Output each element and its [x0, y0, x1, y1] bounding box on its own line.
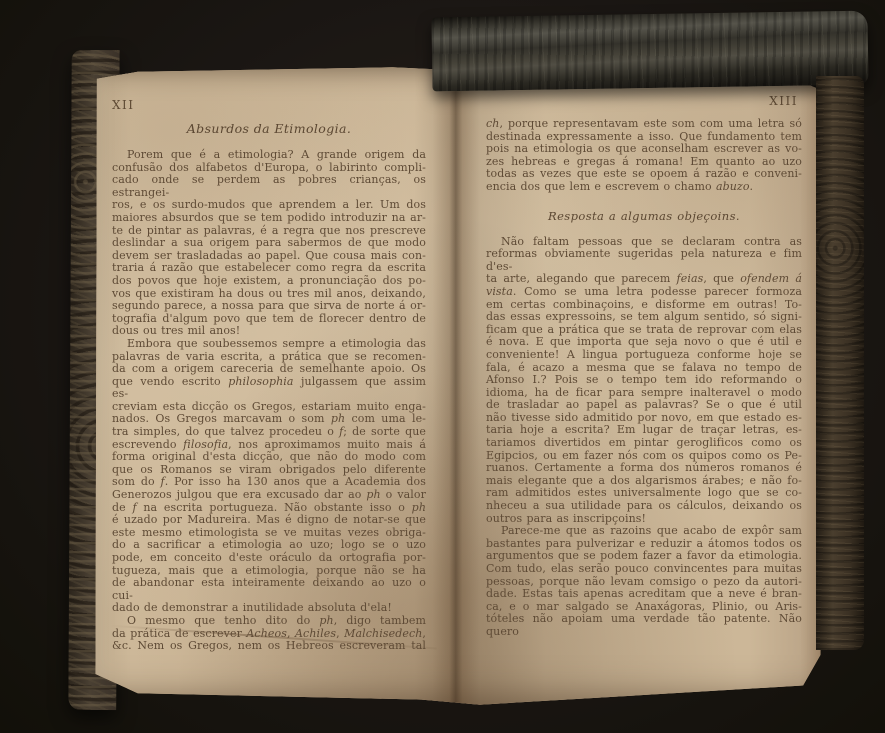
text-line: vista. Como se uma letra podesse parecer… [486, 286, 802, 299]
book-fore-edge [816, 76, 864, 650]
text-line: de abandonar esta inteiramente deixando … [112, 577, 426, 602]
left-page-body: Porem que é a etimologia? A grande orige… [112, 149, 426, 653]
right-page-number: XIII [486, 94, 802, 108]
right-page: XIII ch, porque representavam este som c… [486, 94, 802, 639]
text-line: encia dos que lem e escrevem o chamo abu… [486, 181, 802, 194]
text-line: Generozos julgou que era excusado dar ao… [112, 489, 426, 502]
right-page-body: ch, porque representavam este som com um… [486, 118, 802, 639]
text-line: maiores absurdos que se tem podido intro… [112, 212, 426, 225]
text-line: cado onde se perdem as pobres crianças, … [112, 174, 426, 199]
text-line: Porem que é a etimologia? A grande orige… [112, 149, 426, 162]
running-title: Absurdos da Etimologia. [112, 121, 426, 136]
text-line: nheceu a sua utilidade para os cálculos,… [486, 500, 802, 513]
text-line: forma original d'esta dicção, que não do… [112, 451, 426, 464]
text-line: ruanos. Certamente a forma dos números r… [486, 462, 802, 475]
text-line: Embora que soubessemos sempre a etimolog… [112, 338, 426, 351]
text-line: reformas obviamente sugeridas pela natur… [486, 248, 802, 273]
text-line: pode, em conceito d'este oráculo da orto… [112, 552, 426, 565]
text-line: Afonso I.? Pois se o tempo tem ido refor… [486, 374, 802, 387]
book-photo-scene: XII Absurdos da Etimologia. Porem que é … [0, 0, 885, 733]
text-line: deslindar a sua origem para sabermos de … [112, 237, 426, 250]
text-line: Parece-me que as razoins que acabo de ex… [486, 525, 802, 538]
text-line: tariamos divertidos em pintar geroglific… [486, 437, 802, 450]
text-line: tóteles não apoiam uma verdade tão paten… [486, 613, 802, 638]
text-line: segundo parece, a nossa para que sirva d… [112, 300, 426, 313]
open-book-spread: XII Absurdos da Etimologia. Porem que é … [94, 66, 822, 706]
text-line: que vendo escrito philosophia julgassem … [112, 376, 426, 401]
text-line: das essas expressoins, se tem algum sent… [486, 311, 802, 324]
text-line: de trasladar ao papel as palavras? Se o … [486, 399, 802, 412]
text-line: &c. Nem os Gregos, nem os Hebreos escrev… [112, 640, 426, 653]
text-line: dade. Estas tais apenas acreditam que a … [486, 588, 802, 601]
text-line: ch, porque representavam este som com um… [486, 118, 802, 131]
left-page-number: XII [112, 98, 426, 112]
text-line: dos povos que hoje existem, a pronunciaç… [112, 275, 426, 288]
text-line: Com tudo, elas serão pouco convincentes … [486, 563, 802, 576]
book-top-edge [431, 11, 868, 92]
section-heading: Resposta a algumas objeçoins. [486, 209, 802, 223]
left-page: XII Absurdos da Etimologia. Porem que é … [112, 98, 426, 653]
text-line: é uzado por Madureira. Mas é digno de no… [112, 514, 426, 527]
text-line: conveniente! A lingua portugueza conform… [486, 349, 802, 362]
text-line: pois na etimologia os que aconselham esc… [486, 143, 802, 156]
text-line: tra simples, do que talvez procedeu o f;… [112, 426, 426, 439]
